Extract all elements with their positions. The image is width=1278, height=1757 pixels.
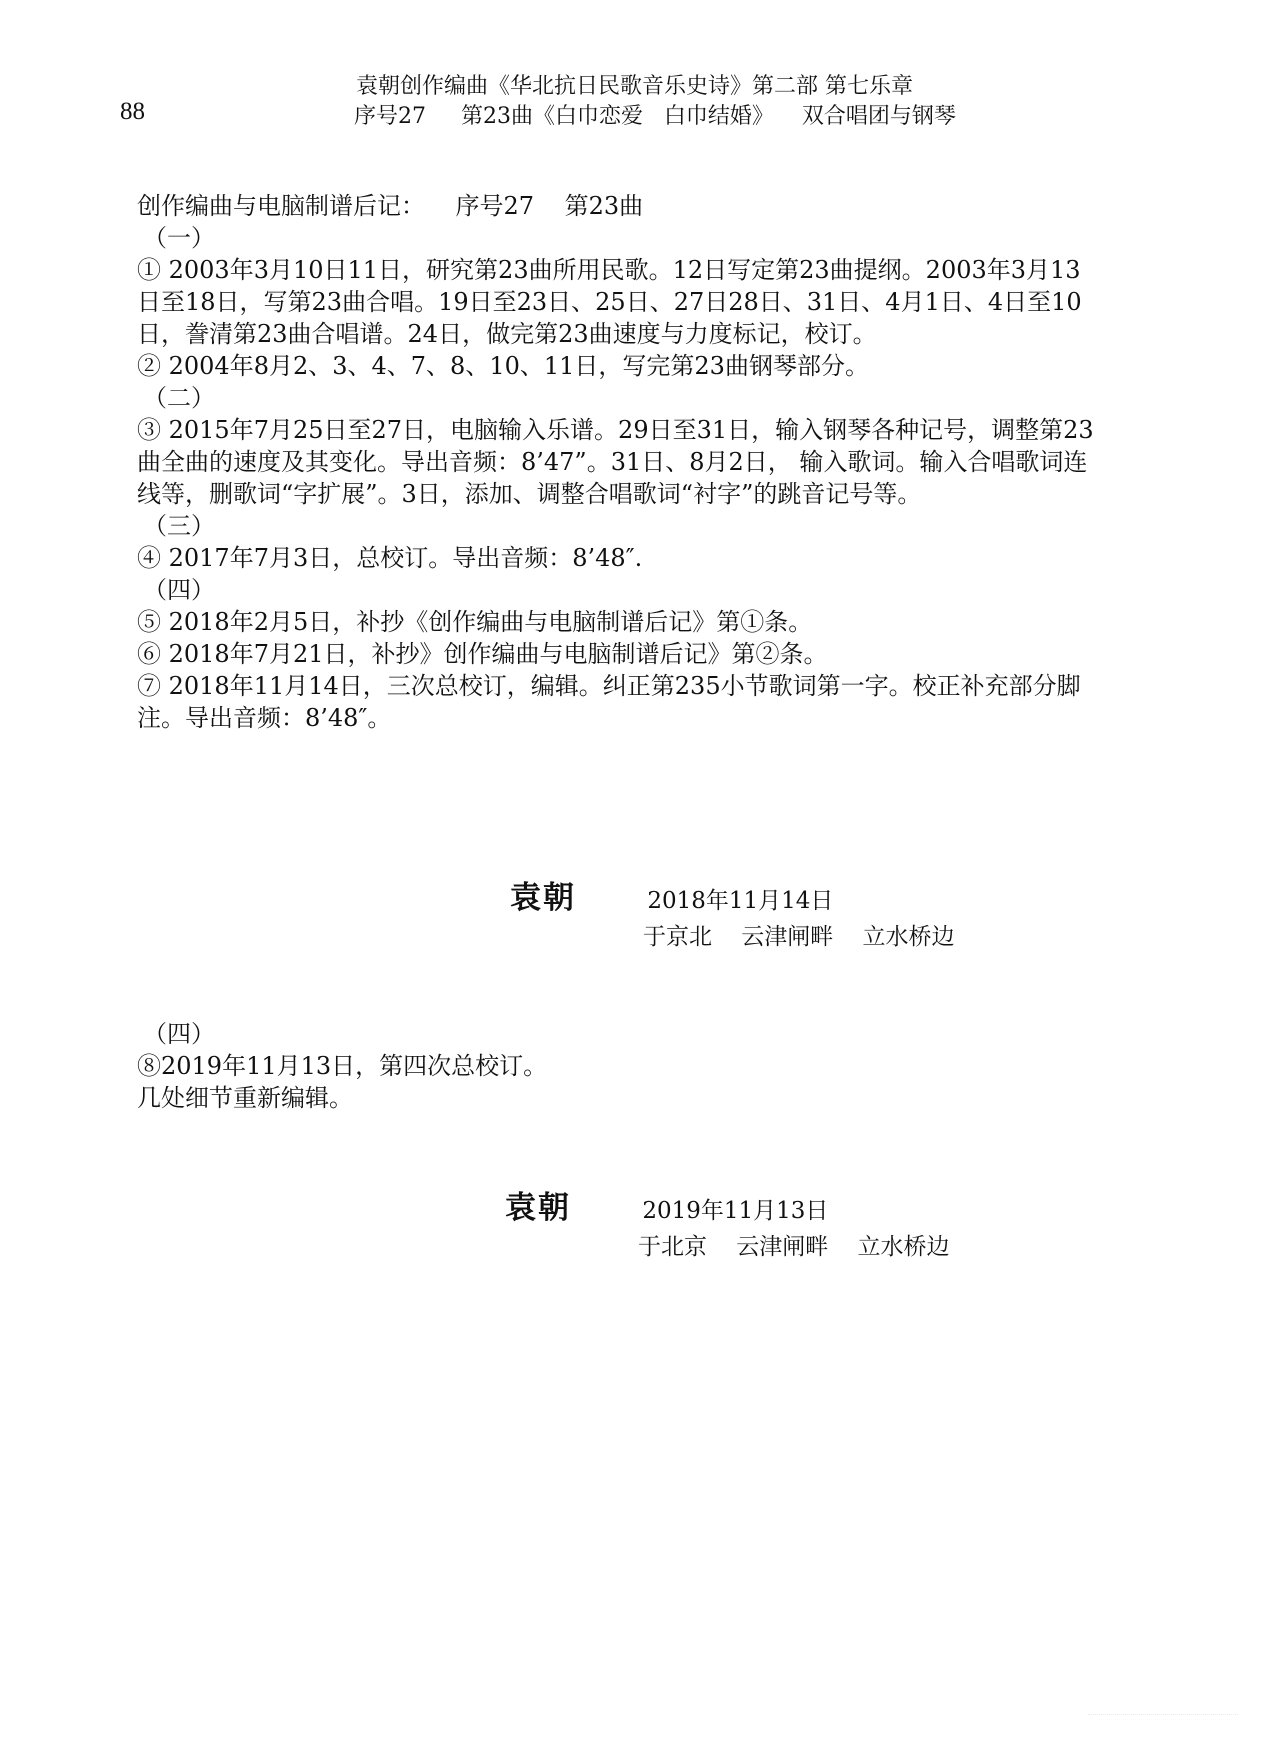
running-header: 袁朝创作编曲《华北抗日民歌音乐史诗》第二部 第七乐章 序号27 第23曲《白巾恋… bbox=[354, 72, 956, 132]
scan-artifact bbox=[1088, 1714, 1238, 1719]
signature-date: 2019年11月13日 bbox=[642, 1193, 828, 1229]
entry-6: ⑥ 2018年7月21日，补抄》创作编曲与电脑制谱后记》第②条。 bbox=[137, 638, 1097, 670]
addendum: （四） ⑧2019年11月13日，第四次总校订。 几处细节重新编辑。 bbox=[137, 1018, 547, 1114]
signature-block-2019: 袁朝 2019年11月13日 于北京 云津闸畔 立水桥边 bbox=[505, 1190, 950, 1265]
section-heading-4: （四） bbox=[137, 574, 1097, 606]
entry-5: ⑤ 2018年2月5日，补抄《创作编曲与电脑制谱后记》第①条。 bbox=[137, 606, 1097, 638]
page-number: 88 bbox=[120, 98, 145, 126]
afterword-body: 创作编曲与电脑制谱后记： 序号27 第23曲 （一） ① 2003年3月10日1… bbox=[137, 190, 1097, 734]
addendum-heading: （四） bbox=[137, 1018, 547, 1050]
section-heading-2: （二） bbox=[137, 382, 1097, 414]
author-signature: 袁朝 bbox=[510, 880, 640, 916]
entry-8: ⑧2019年11月13日，第四次总校订。 bbox=[137, 1050, 547, 1082]
afterword-title: 创作编曲与电脑制谱后记： 序号27 第23曲 bbox=[137, 190, 1097, 222]
entry-4: ④ 2017年7月3日，总校订。导出音频：8’48″. bbox=[137, 542, 1097, 574]
signature-block-2018: 袁朝 2018年11月14日 于京北 云津闸畔 立水桥边 bbox=[510, 880, 955, 955]
signature-date: 2018年11月14日 bbox=[647, 883, 833, 919]
entry-8-continued: 几处细节重新编辑。 bbox=[137, 1082, 547, 1114]
section-heading-3: （三） bbox=[137, 510, 1097, 542]
header-line-1: 袁朝创作编曲《华北抗日民歌音乐史诗》第二部 第七乐章 bbox=[354, 72, 956, 102]
signature-place: 于京北 云津闸畔 立水桥边 bbox=[510, 919, 955, 955]
entry-2: ② 2004年8月2、3、4、7、8、10、11日，写完第23曲钢琴部分。 bbox=[137, 350, 1097, 382]
author-signature: 袁朝 bbox=[505, 1190, 635, 1226]
signature-place: 于北京 云津闸畔 立水桥边 bbox=[505, 1229, 950, 1265]
header-line-2: 序号27 第23曲《白巾恋爱 白巾结婚》 双合唱团与钢琴 bbox=[354, 102, 956, 132]
section-heading-1: （一） bbox=[137, 222, 1097, 254]
entry-3: ③ 2015年7月25日至27日，电脑输入乐谱。29日至31日，输入钢琴各种记号… bbox=[137, 414, 1097, 510]
entry-7: ⑦ 2018年11月14日，三次总校订，编辑。纠正第235小节歌词第一字。校正补… bbox=[137, 670, 1097, 734]
entry-1: ① 2003年3月10日11日，研究第23曲所用民歌。12日写定第23曲提纲。2… bbox=[137, 254, 1097, 350]
